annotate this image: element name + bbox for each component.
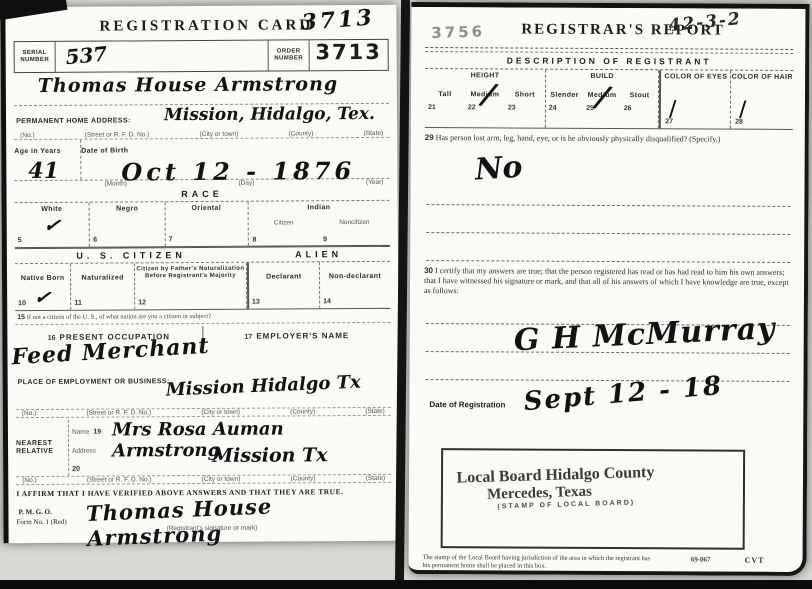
citizen-native-born-cell: Native Born ✓ 10 — [15, 264, 72, 310]
serial-spacer — [156, 41, 268, 72]
nearest-relative-label-cell: NEAREST RELATIVE — [16, 420, 68, 476]
relative-address-number: 20 — [72, 465, 80, 472]
sublabel-street: (Street or R. F. D. No.) — [85, 131, 150, 138]
sublabel-no: (No.) — [22, 477, 36, 484]
hair-group: COLOR OF HAIR 28 / — [731, 71, 793, 129]
nearest-relative-handwriting: Mrs Rosa Auman Armstrong Mission Tx — [102, 418, 391, 476]
pmgo-form-note: P. M. G. O. — [18, 508, 51, 516]
question-30-text: I certify that my answers are true; that… — [424, 266, 789, 295]
faint-stamp-number: 3756 — [431, 22, 485, 42]
race-oriental-number: 7 — [169, 236, 173, 243]
alien-non-declarant-cell: Non-declarant 14 — [320, 262, 390, 308]
order-number-label: ORDER NUMBER — [268, 40, 310, 70]
height-tall-cell: Tall 21 — [425, 83, 465, 113]
description-table: HEIGHT Tall 21 Medium 22 / Short 23 — [425, 68, 793, 130]
serial-number-label: SERIAL NUMBER — [15, 42, 56, 72]
sublabel-city: (City or town) — [200, 131, 239, 138]
blank-rule-line — [426, 205, 790, 235]
height-medium-number: 22 — [468, 104, 476, 111]
sublabel-county: (County) — [288, 130, 313, 137]
handwritten-corner-note: 42-3-2 — [667, 9, 742, 36]
race-white-number: 5 — [18, 237, 22, 244]
alien-declarant-cell: Declarant 13 — [247, 262, 320, 308]
race-indian-citizen-number: 8 — [252, 237, 256, 244]
sublabel-city: (City or town) — [202, 476, 241, 483]
naturalized-label: Naturalized — [82, 274, 124, 281]
registration-card-title: REGISTRATION CARD — [99, 17, 313, 35]
registrant-name-value: Thomas House Armstrong — [14, 73, 338, 97]
age-value: 41 — [14, 158, 80, 184]
description-of-registrant-header: DESCRIPTION OF REGISTRANT — [425, 52, 793, 70]
height-short-label: Short — [515, 92, 535, 99]
build-slender-number: 24 — [549, 105, 557, 112]
blank-rule-line — [426, 352, 790, 382]
nearest-relative-sublabels: (No.) (Street or R. F. D. No.) (City or … — [16, 475, 391, 485]
citizen-father-naturalization-cell: Citizen by Father's Naturalization Befor… — [135, 263, 247, 310]
race-indian-noncitizen-label: Noncitizen — [339, 219, 369, 226]
height-header: HEIGHT — [425, 69, 545, 80]
employer-name-number: 17 — [245, 334, 253, 341]
employer-name-label: EMPLOYER'S NAME — [256, 331, 349, 341]
race-negro-label: Negro — [90, 205, 164, 212]
home-address-value: Mission, Hidalgo, Tex. — [164, 104, 375, 125]
serial-number-value: 537 — [54, 37, 156, 76]
serial-order-row: SERIAL NUMBER 537 ORDER NUMBER 3713 — [14, 39, 389, 73]
registration-card: REGISTRATION CARD 3713 SERIAL NUMBER 537… — [0, 5, 399, 543]
employment-place-row: PLACE OF EMPLOYMENT OR BUSINESS: Mission… — [16, 371, 391, 410]
color-of-eyes-pen-mark: / — [667, 96, 678, 121]
height-medium-cell: Medium 22 / — [465, 83, 505, 113]
nearest-relative-address-row-label: Address 20 — [72, 439, 102, 475]
race-cell-white: White 5 ✓ — [15, 203, 91, 247]
question-30: 30 I certify that my answers are true; t… — [424, 266, 792, 298]
sublabel-no: (No.) — [20, 132, 34, 139]
nation-question-number: 15 — [17, 314, 25, 321]
home-address-label: PERMANENT HOME ADDRESS: — [16, 117, 131, 125]
sublabel-county: (County) — [291, 475, 316, 482]
build-columns: Slender 24 Medium 25 / Stout 26 — [546, 84, 659, 115]
date-of-registration-label: Date of Registration — [429, 400, 505, 409]
nearest-relative-numbers: Name 19 Address 20 — [68, 420, 102, 476]
declarant-label: Declarant — [266, 273, 302, 280]
relative-address-sublabel: Address — [72, 447, 96, 454]
non-declarant-label: Non-declarant — [329, 273, 381, 280]
native-born-checkmark: ✓ — [33, 284, 53, 310]
form-number-note: Form No. 1 (Red) — [16, 518, 66, 526]
nearest-relative-label: NEAREST RELATIVE — [16, 440, 68, 456]
race-indian-noncitizen-cell: Noncitizen 9 — [319, 211, 390, 235]
citizen-alien-table: Native Born ✓ 10 Naturalized 11 Citizen … — [15, 261, 390, 311]
birth-date-label: Date of Birth — [81, 147, 128, 154]
handwritten-corner-number: 3713 — [300, 4, 375, 35]
us-citizen-header: U. S. CITIZEN — [15, 248, 248, 263]
scan-bottom-edge — [0, 580, 812, 589]
father-naturalization-number: 12 — [138, 299, 146, 306]
build-slender-cell: Slender 24 — [546, 84, 584, 114]
sublabel-city: (City or town) — [201, 409, 240, 416]
form-code-left: 69-067 — [691, 555, 711, 563]
birth-date-cell: Date of Birth Oct 12 - 1876 — [81, 138, 389, 180]
height-tall-label: Tall — [438, 91, 451, 98]
race-oriental-label: Oriental — [165, 205, 247, 212]
nearest-relative-block: NEAREST RELATIVE Name 19 Address 20 Mrs … — [16, 418, 391, 477]
relative-name-number: 19 — [93, 428, 101, 435]
alien-header: ALIEN — [247, 247, 390, 262]
affirmation-signature-row: P. M. G. O. Form No. 1 (Red) Thomas Hous… — [16, 496, 391, 544]
color-of-hair-header: COLOR OF HAIR — [731, 71, 793, 81]
race-white-checkmark: ✓ — [42, 212, 62, 238]
citizen-alien-headers: U. S. CITIZEN ALIEN — [15, 246, 390, 263]
date-of-registration-row: Date of Registration Sept 12 - 18 — [423, 384, 791, 422]
race-table: White 5 ✓ Negro 6 Oriental 7 Indian Citi… — [15, 200, 390, 248]
employer-name-header-cell: 17 EMPLOYER'S NAME — [203, 325, 390, 342]
native-born-number: 10 — [18, 300, 26, 307]
registrant-name-line: Thomas House Armstrong — [14, 73, 389, 106]
blank-rule-line — [426, 233, 790, 263]
race-negro-number: 6 — [93, 237, 97, 244]
age-label: Age in Years — [14, 148, 61, 155]
color-of-eyes-header: COLOR OF EYES — [661, 70, 730, 80]
height-short-cell: Short 23 — [505, 83, 545, 113]
registrant-signature-sublabel: (Registrant's signature or mark) — [167, 525, 258, 533]
race-cell-indian: Indian Citizen 8 Noncitizen 9 — [248, 201, 390, 246]
sublabel-county: (County) — [290, 408, 315, 415]
build-stout-label: Stout — [630, 92, 650, 99]
age-cell: Age in Years 41 — [14, 140, 81, 180]
registrars-report-header: 3756 REGISTRAR'S REPORT 42-3-2 — [425, 13, 793, 49]
nation-question-line: 15 If not a citizen of the U. S., of wha… — [15, 309, 390, 325]
father-naturalization-label: Citizen by Father's Naturalization Befor… — [136, 266, 244, 280]
birth-date-value: Oct 12 - 1876 — [81, 156, 389, 187]
race-indian-citizen-cell: Citizen 8 — [248, 211, 319, 235]
age-birth-row: Age in Years 41 Date of Birth Oct 12 - 1… — [14, 138, 389, 181]
race-indian-subcells: Citizen 8 Noncitizen 9 — [248, 211, 390, 236]
build-stout-cell: Stout 26 — [621, 84, 659, 114]
local-board-stamp: Local Board Hidalgo County Mercedes, Tex… — [456, 464, 655, 512]
question-29-number: 29 — [425, 133, 434, 142]
registrars-report: 3756 REGISTRAR'S REPORT 42-3-2 DESCRIPTI… — [409, 2, 810, 576]
registration-card-header: REGISTRATION CARD 3713 — [13, 9, 388, 41]
race-cell-oriental: Oriental 7 — [165, 202, 248, 247]
native-born-label: Native Born — [21, 275, 65, 282]
height-tall-number: 21 — [428, 104, 436, 111]
order-number-value: 3713 — [310, 40, 388, 70]
question-30-number: 30 — [424, 266, 433, 275]
nearest-relative-name-row-label: Name 19 — [72, 420, 102, 438]
registrant-signature: Thomas House Armstrong — [86, 489, 393, 551]
sublabel-no: (No.) — [22, 410, 36, 417]
occupation-handwriting-row: Feed Merchant — [15, 341, 390, 373]
employment-place-value: Mission Hidalgo Tx — [165, 372, 361, 401]
sublabel-state: (State) — [366, 475, 386, 482]
naturalized-number: 11 — [74, 300, 81, 307]
build-medium-cell: Medium 25 / — [583, 84, 621, 114]
relative-address-value: Mission Tx — [212, 444, 328, 467]
employment-place-label: PLACE OF EMPLOYMENT OR BUSINESS: — [18, 378, 170, 386]
stamp-instruction-row: The stamp of the Local Board having juri… — [423, 554, 791, 572]
race-indian-noncitizen-number: 9 — [323, 236, 327, 243]
build-stout-number: 26 — [624, 105, 632, 112]
sublabel-state: (State) — [364, 130, 384, 137]
scan-edge-divider — [395, 0, 410, 589]
local-board-stamp-box: Local Board Hidalgo County Mercedes, Tex… — [441, 448, 746, 550]
sublabel-street: (Street or R. F. D. No.) — [87, 476, 152, 483]
build-group: BUILD Slender 24 Medium 25 / Stout 26 — [546, 70, 660, 129]
build-slender-label: Slender — [550, 92, 579, 99]
sublabel-street: (Street or R. F. D. No.) — [86, 409, 151, 416]
height-group: HEIGHT Tall 21 Medium 22 / Short 23 — [425, 69, 546, 128]
nation-question-text: If not a citizen of the U. S., of what n… — [27, 313, 211, 321]
non-declarant-number: 14 — [323, 298, 331, 305]
height-short-number: 23 — [508, 104, 516, 111]
eyes-group: COLOR OF EYES 27 / — [659, 70, 731, 128]
home-address-row: PERMANENT HOME ADDRESS: Mission, Hidalgo… — [14, 104, 389, 132]
citizen-naturalized-cell: Naturalized 11 — [71, 263, 135, 309]
stamp-instruction-text: The stamp of the Local Board having juri… — [423, 554, 651, 571]
race-cell-negro: Negro 6 — [90, 202, 166, 246]
declarant-number: 13 — [252, 299, 260, 306]
color-of-hair-pen-mark: / — [737, 96, 748, 121]
race-indian-citizen-label: Citizen — [274, 219, 294, 226]
height-columns: Tall 21 Medium 22 / Short 23 — [425, 83, 545, 114]
sublabel-state: (State) — [365, 408, 385, 415]
relative-name-sublabel: Name — [72, 428, 89, 435]
scanned-draft-registration-document: REGISTRATION CARD 3713 SERIAL NUMBER 537… — [0, 0, 812, 589]
form-code-right: CVT — [745, 556, 765, 565]
